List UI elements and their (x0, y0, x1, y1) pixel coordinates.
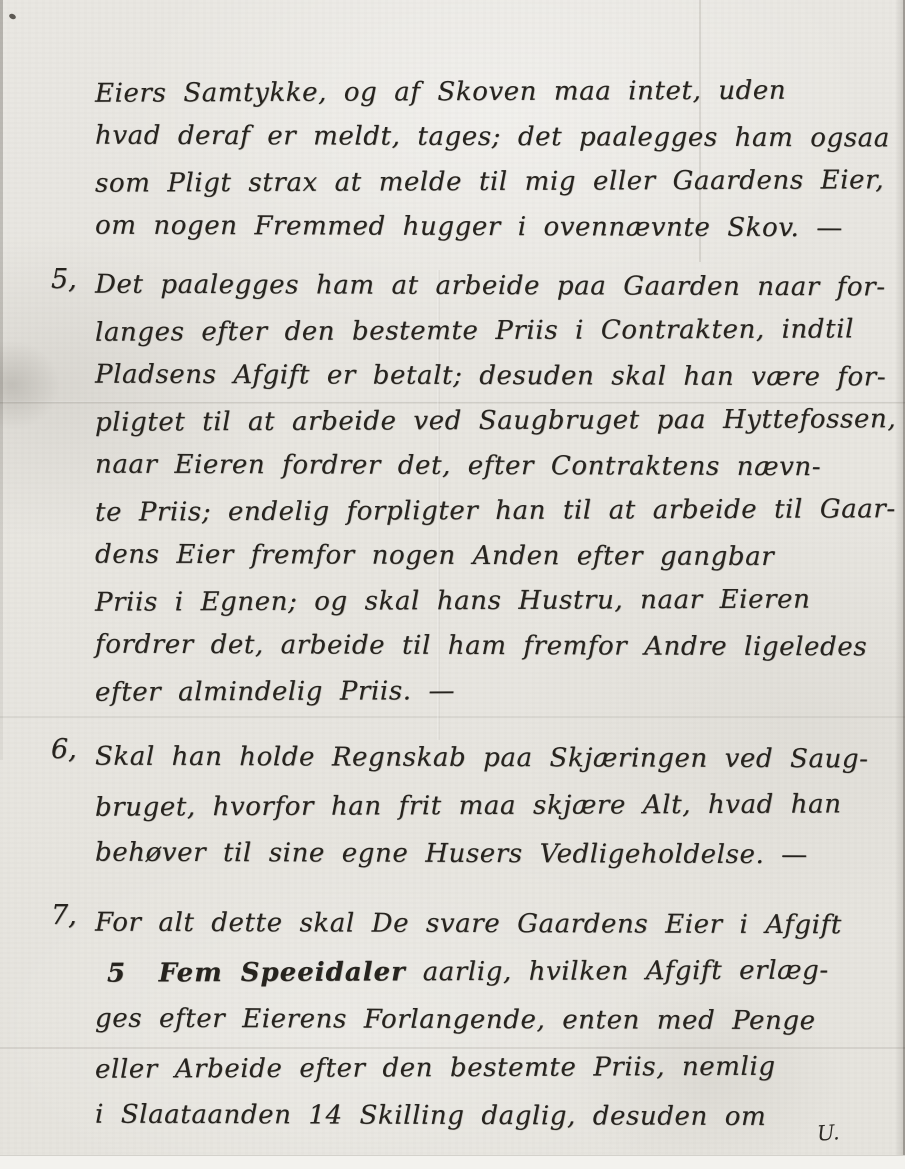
manuscript-line: hvad deraf er meldt, tages; det paalegge… (95, 114, 869, 162)
paragraph-number: 7, (51, 900, 77, 931)
paper-edge-shadow (895, 0, 905, 1169)
manuscript-line: pligtet til at arbeide ved Saugbruget pa… (95, 397, 869, 445)
manuscript-line: dens Eier fremfor nogen Anden efter gang… (95, 533, 869, 581)
manuscript-line: For alt dette skal De svare Gaardens Eie… (95, 899, 869, 950)
manuscript-text: Eiers Samtykke, og af Skoven maa intet, … (95, 70, 869, 1154)
fee-line-rest: aarlig, hvilken Afgift erlæg- (423, 955, 829, 987)
manuscript-line: Priis i Egnen; og skal hans Hustru, naar… (95, 577, 869, 625)
manuscript-line: bruget, hvorfor han frit maa skjære Alt,… (95, 780, 869, 831)
manuscript-line: behøver til sine egne Husers Vedligehold… (95, 829, 869, 880)
fee-amount-words: Fem Speeidaler (159, 957, 406, 988)
manuscript-line: i Slaataanden 14 Skilling daglig, desude… (95, 1091, 869, 1142)
paragraph-7: 7, For alt dette skal De svare Gaardens … (95, 900, 869, 1140)
paragraph-number: 5, (51, 264, 77, 295)
manuscript-line: naar Eieren fordrer det, efter Contrakte… (95, 443, 869, 491)
manuscript-line: Pladsens Afgift er betalt; desuden skal … (95, 353, 869, 401)
ink-smudge (0, 340, 60, 430)
manuscript-line: fordrer det, arbeide til ham fremfor And… (95, 623, 869, 671)
paragraph-continuation: Eiers Samtykke, og af Skoven maa intet, … (95, 70, 869, 250)
manuscript-line: langes efter den bestemte Priis i Contra… (95, 307, 869, 355)
manuscript-page: Eiers Samtykke, og af Skoven maa intet, … (0, 0, 905, 1169)
paragraph-number: 6, (51, 734, 77, 765)
manuscript-line-annual-fee: 5 Fem Speeidaler aarlig, hvilken Afgift … (95, 946, 869, 997)
manuscript-line: Eiers Samtykke, og af Skoven maa intet, … (95, 68, 869, 116)
manuscript-line: te Priis; endelig forpligter han til at … (95, 487, 869, 535)
scan-edge-strip (0, 1155, 905, 1169)
paper-edge (0, 0, 3, 760)
manuscript-line: Skal han holde Regnskab paa Skjæringen v… (95, 733, 869, 784)
manuscript-line: om nogen Fremmed hugger i ovennævnte Sko… (95, 204, 869, 252)
manuscript-line: ges efter Eierens Forlangende, enten med… (95, 995, 869, 1046)
paragraph-5: 5, Det paalegges ham at arbeide paa Gaar… (95, 264, 869, 714)
manuscript-line: Det paalegges ham at arbeide paa Gaarden… (95, 263, 869, 311)
paragraph-6: 6, Skal han holde Regnskab paa Skjæringe… (95, 734, 869, 878)
ink-speck (8, 13, 16, 20)
manuscript-line: efter almindelig Priis. — (95, 667, 869, 715)
fee-amount-figure: 5 (107, 959, 126, 989)
page-corner-mark: U. (816, 1120, 840, 1146)
manuscript-line: som Pligt strax at melde til mig eller G… (95, 158, 869, 206)
manuscript-line: eller Arbeide efter den bestemte Priis, … (95, 1042, 869, 1093)
